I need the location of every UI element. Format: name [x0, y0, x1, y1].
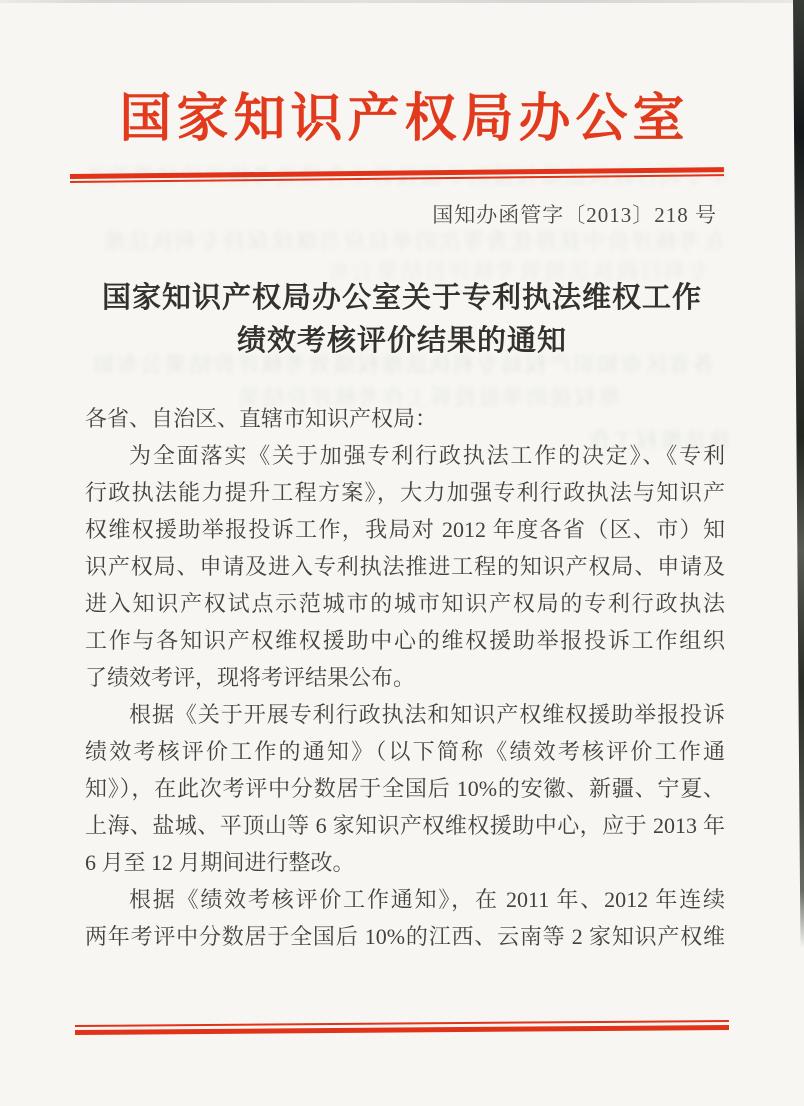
scanned-notice-page: 年专利行政执法维权援助举报投诉工作绩效考核评价结果的通知要求各单位 在考核评价中… [0, 0, 804, 1106]
body-line: 行政执法能力提升工程方案》，大力加强专利行政执法与知识产 [85, 474, 725, 511]
document-title-line2: 绩效考核评价结果的通知 [0, 320, 804, 363]
letterhead-divider [70, 167, 724, 182]
document-body: 各省、自治区、直辖市知识产权局： 为全面落实《关于加强专利行政执法工作的决定》、… [85, 400, 725, 955]
body-line-salutation: 各省、自治区、直辖市知识产权局： [85, 400, 725, 437]
body-line: 根据《关于开展专利行政执法和知识产权维权援助举报投诉 [85, 696, 725, 733]
body-line: 绩效考核评价工作的通知》（以下简称《绩效考核评价工作通 [85, 733, 725, 770]
body-line: 6 月至 12 月期间进行整改。 [85, 844, 725, 881]
body-line: 上海、盐城、平顶山等 6 家知识产权维权援助中心，应于 2013 年 [85, 807, 725, 844]
document-title: 国家知识产权局办公室关于专利执法维权工作 绩效考核评价结果的通知 [0, 277, 804, 363]
document-title-line1: 国家知识产权局办公室关于专利执法维权工作 [0, 277, 804, 320]
body-line: 了绩效考评，现将考评结果公布。 [85, 659, 725, 696]
body-line: 进入知识产权试点示范城市的城市知识产权局的专利行政执法 [85, 585, 725, 622]
body-line: 权维权援助举报投诉工作，我局对 2012 年度各省（区、市）知 [85, 511, 725, 548]
scan-edge-top-shadow [0, 0, 804, 3]
body-line: 知》），在此次考评中分数居于全国后 10%的安徽、新疆、宁夏、 [85, 770, 725, 807]
body-line: 根据《绩效考核评价工作通知》，在 2011 年、2012 年连续 [85, 881, 725, 918]
letterhead-title: 国家知识产权局办公室 [0, 90, 804, 150]
body-line: 为全面落实《关于加强专利行政执法工作的决定》、《专利 [85, 437, 725, 474]
footer-divider [75, 1020, 729, 1035]
body-line: 工作与各知识产权维权援助中心的维权援助举报投诉工作组织 [85, 622, 725, 659]
document-number: 国知办函管字〔2013〕218 号 [432, 202, 717, 228]
body-line: 两年考评中分数居于全国后 10%的江西、云南等 2 家知识产权维 [85, 918, 725, 955]
bleedthrough-texture: 在考核评价中获得优秀等次的单位应当继续保持专利执法维权工作力度 [100, 225, 725, 256]
body-line: 识产权局、申请及进入专利执法推进工程的知识产权局、申请及 [85, 548, 725, 585]
